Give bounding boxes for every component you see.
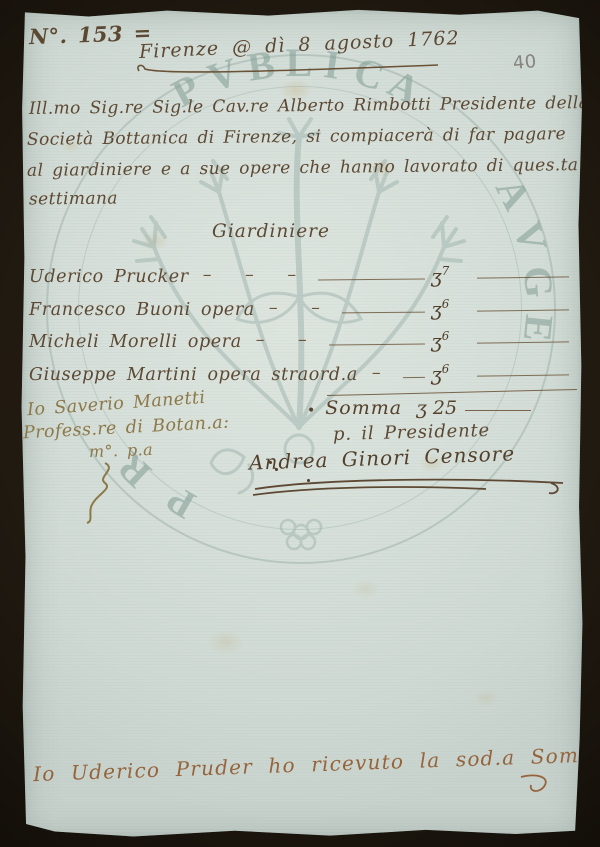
- worker-name: Micheli Morelli opera: [29, 332, 242, 352]
- pencil-folio-number: 40: [512, 52, 537, 75]
- amount: ʒ6: [431, 362, 475, 385]
- body-line-2: Società Bottanica di Firenze, si compiac…: [27, 125, 566, 150]
- left-signature-paraph-flourish: [79, 461, 119, 525]
- section-heading: Giardiniere: [171, 221, 371, 242]
- censor-signature-underline-flourish: [251, 475, 571, 497]
- dateline-underline-flourish: [133, 61, 443, 77]
- stain-spot: [351, 579, 381, 599]
- left-signature-line-3: m°. p.a: [89, 441, 154, 462]
- ledger-row-1: Uderico Prucker – – – ʒ7: [29, 257, 569, 287]
- sum-row: • Somma ʒ 25: [307, 397, 575, 419]
- rule-line: [477, 276, 569, 278]
- rule-line: [477, 374, 569, 376]
- stain-spot: [141, 231, 169, 251]
- rule-line: [477, 341, 569, 343]
- rule-line: [403, 377, 425, 378]
- amount: ʒ7: [431, 264, 475, 287]
- receipt-line: Io Uderico Pruder ho ricevuto la sod.a S…: [33, 743, 600, 786]
- stain-spot: [473, 689, 499, 707]
- photo-background: P V B L I C A A V G E P R: [0, 0, 600, 847]
- rule-line: [477, 309, 569, 311]
- rule-line: [318, 278, 425, 280]
- ledger-row-4: Giuseppe Martini opera straord.a – ʒ6: [29, 355, 569, 385]
- leader-dashes: – – –: [203, 265, 310, 285]
- dateline: Firenze @ dì 8 agosto 1762: [139, 28, 460, 64]
- amount: ʒ6: [431, 297, 475, 320]
- rule-line: [465, 410, 531, 411]
- leader-dashes: – –: [256, 330, 321, 350]
- stain-spot: [207, 629, 245, 655]
- sum-label: Somma: [325, 397, 402, 419]
- rule-line: [342, 312, 425, 314]
- body-line-4: settimana: [29, 190, 118, 210]
- receipt-trailing-flourish: [519, 771, 553, 797]
- document-number: N°. 153 =: [29, 21, 152, 49]
- sum-rule: [327, 389, 577, 396]
- watermark-rosette: [273, 509, 329, 555]
- ledger-row-2: Francesco Buoni opera – – ʒ6: [29, 290, 569, 320]
- ink-dot: •: [307, 403, 315, 419]
- leader-dashes: –: [372, 363, 395, 383]
- censor-signature: Andrea Ginori Censore: [249, 442, 516, 474]
- worker-name: Francesco Buoni opera: [29, 300, 255, 320]
- watermark-letter: P: [154, 475, 209, 530]
- ledger-row-3: Micheli Morelli opera – – ʒ6: [29, 322, 569, 352]
- body-line-3: al giardiniere e a sue opere che hanno l…: [27, 156, 579, 181]
- rule-line: [329, 343, 425, 345]
- worker-name: Giuseppe Martini opera straord.a: [29, 365, 358, 385]
- sum-amount: ʒ 25: [416, 397, 457, 419]
- worker-name: Uderico Prucker: [29, 267, 189, 287]
- amount: ʒ6: [431, 329, 475, 352]
- manuscript-sheet: P V B L I C A A V G E P R: [21, 9, 583, 839]
- watermark-letter: V: [505, 212, 554, 261]
- leader-dashes: – –: [269, 298, 334, 318]
- body-line-1: Ill.mo Sig.re Sig.le Cav.re Alberto Rimb…: [29, 94, 589, 119]
